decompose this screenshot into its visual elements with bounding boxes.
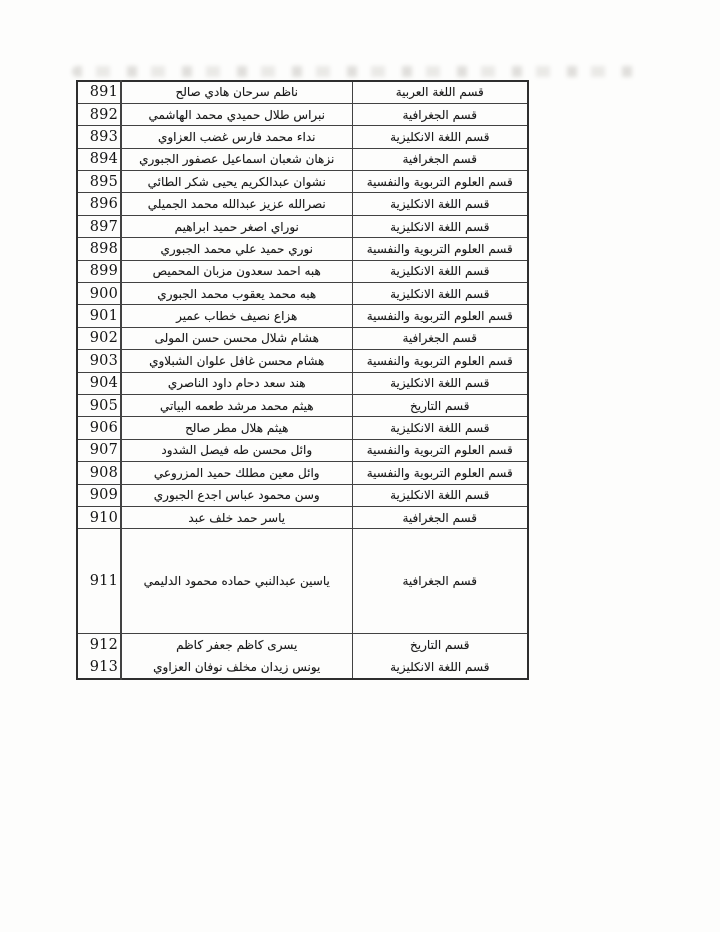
department-cell: قسم اللغة الانكليزية — [352, 126, 528, 148]
row-number-cell: 904 — [77, 372, 121, 394]
name-cell: وسن محمود عباس اجدع الجبوري — [121, 484, 352, 506]
department-cell: قسم العلوم التربوية والنفسية — [352, 238, 528, 260]
department-cell: قسم اللغة الانكليزية — [352, 484, 528, 506]
row-number-cell: 894 — [77, 148, 121, 170]
table-row: 897 نوراي اصغر حميد ابراهيم قسم اللغة ال… — [77, 215, 528, 237]
department-cell: قسم العلوم التربوية والنفسية — [352, 439, 528, 461]
name-cell: ناظم سرحان هادي صالح — [121, 81, 352, 103]
name-cell: وائل معين مطلك حميد المزروعي — [121, 462, 352, 484]
scanned-document-page: 891 ناظم سرحان هادي صالح قسم اللغة العرب… — [0, 0, 720, 932]
row-number-cell: 897 — [77, 215, 121, 237]
table-row: 895 نشوان عبدالكريم يحيى شكر الطائي قسم … — [77, 171, 528, 193]
table-row: 905 هيثم محمد مرشد طعمه البياتي قسم التا… — [77, 394, 528, 416]
row-number-cell: 899 — [77, 260, 121, 282]
row-number-cell: 913 — [77, 656, 121, 678]
name-cell: نبراس طلال حميدي محمد الهاشمي — [121, 103, 352, 125]
department-cell: قسم اللغة الانكليزية — [352, 372, 528, 394]
name-cell: وائل محسن طه فيصل الشدود — [121, 439, 352, 461]
row-number-cell: 909 — [77, 484, 121, 506]
name-cell: هزاع نصيف خطاب عمير — [121, 305, 352, 327]
table-row: 899 هبه احمد سعدون مزبان المحميص قسم الل… — [77, 260, 528, 282]
department-cell: قسم اللغة الانكليزية — [352, 283, 528, 305]
name-cell: هيثم محمد مرشد طعمه البياتي — [121, 394, 352, 416]
department-cell: قسم العلوم التربوية والنفسية — [352, 305, 528, 327]
row-number-cell: 901 — [77, 305, 121, 327]
table-row: 898 نوري حميد علي محمد الجبوري قسم العلو… — [77, 238, 528, 260]
name-cell: هشام شلال محسن حسن المولى — [121, 327, 352, 349]
name-cell: ياسين عبدالنبي حماده محمود الدليمي — [121, 529, 352, 634]
row-number-cell: 896 — [77, 193, 121, 215]
table-row: 911 ياسين عبدالنبي حماده محمود الدليمي ق… — [77, 529, 528, 634]
department-cell: قسم اللغة الانكليزية — [352, 656, 528, 678]
department-cell: قسم الجغرافية — [352, 529, 528, 634]
name-cell: ياسر حمد خلف عبد — [121, 506, 352, 528]
department-cell: قسم التاريخ — [352, 394, 528, 416]
row-number-cell: 912 — [77, 634, 121, 656]
name-cell: هيثم هلال مطر صالح — [121, 417, 352, 439]
table-row: 896 نصرالله عزيز عبدالله محمد الجميلي قس… — [77, 193, 528, 215]
department-cell: قسم العلوم التربوية والنفسية — [352, 462, 528, 484]
name-cell: هبه محمد يعقوب محمد الجبوري — [121, 283, 352, 305]
row-number-cell: 911 — [77, 529, 121, 634]
scan-artifact-noise — [72, 66, 642, 77]
row-number-cell: 906 — [77, 417, 121, 439]
name-cell: نشوان عبدالكريم يحيى شكر الطائي — [121, 171, 352, 193]
row-number-cell: 900 — [77, 283, 121, 305]
row-number-cell: 895 — [77, 171, 121, 193]
table-row: 892 نبراس طلال حميدي محمد الهاشمي قسم ال… — [77, 103, 528, 125]
table-row: 909 وسن محمود عباس اجدع الجبوري قسم اللغ… — [77, 484, 528, 506]
name-cell: يسرى كاظم جعفر كاظم — [121, 634, 352, 656]
staff-roster-rows: 891 ناظم سرحان هادي صالح قسم اللغة العرب… — [77, 81, 528, 679]
table-row: 901 هزاع نصيف خطاب عمير قسم العلوم الترب… — [77, 305, 528, 327]
department-cell: قسم اللغة الانكليزية — [352, 417, 528, 439]
row-number-cell: 893 — [77, 126, 121, 148]
department-cell: قسم الجغرافية — [352, 506, 528, 528]
department-cell: قسم العلوم التربوية والنفسية — [352, 171, 528, 193]
table-row: 902 هشام شلال محسن حسن المولى قسم الجغرا… — [77, 327, 528, 349]
name-cell: نوراي اصغر حميد ابراهيم — [121, 215, 352, 237]
department-cell: قسم العلوم التربوية والنفسية — [352, 350, 528, 372]
department-cell: قسم اللغة الانكليزية — [352, 215, 528, 237]
name-cell: يونس زيدان مخلف نوفان العزاوي — [121, 656, 352, 678]
table-row: 904 هند سعد دحام داود الناصري قسم اللغة … — [77, 372, 528, 394]
table-row: 907 وائل محسن طه فيصل الشدود قسم العلوم … — [77, 439, 528, 461]
table-row: 903 هشام محسن غافل علوان الشبلاوي قسم ال… — [77, 350, 528, 372]
row-number-cell: 910 — [77, 506, 121, 528]
name-cell: نزهان شعبان اسماعيل عصفور الجبوري — [121, 148, 352, 170]
department-cell: قسم الجغرافية — [352, 148, 528, 170]
name-cell: نصرالله عزيز عبدالله محمد الجميلي — [121, 193, 352, 215]
table-row: 910 ياسر حمد خلف عبد قسم الجغرافية — [77, 506, 528, 528]
name-cell: هبه احمد سعدون مزبان المحميص — [121, 260, 352, 282]
department-cell: قسم التاريخ — [352, 634, 528, 656]
row-number-cell: 892 — [77, 103, 121, 125]
department-cell: قسم اللغة الانكليزية — [352, 260, 528, 282]
table-row: 912 يسرى كاظم جعفر كاظم قسم التاريخ — [77, 634, 528, 656]
staff-roster-table: 891 ناظم سرحان هادي صالح قسم اللغة العرب… — [76, 80, 529, 680]
name-cell: هشام محسن غافل علوان الشبلاوي — [121, 350, 352, 372]
name-cell: نوري حميد علي محمد الجبوري — [121, 238, 352, 260]
table-row: 891 ناظم سرحان هادي صالح قسم اللغة العرب… — [77, 81, 528, 103]
table-row: 908 وائل معين مطلك حميد المزروعي قسم الع… — [77, 462, 528, 484]
row-number-cell: 905 — [77, 394, 121, 416]
row-number-cell: 898 — [77, 238, 121, 260]
row-number-cell: 907 — [77, 439, 121, 461]
name-cell: نداء محمد فارس غضب العزاوي — [121, 126, 352, 148]
table-row: 894 نزهان شعبان اسماعيل عصفور الجبوري قس… — [77, 148, 528, 170]
department-cell: قسم الجغرافية — [352, 327, 528, 349]
name-cell: هند سعد دحام داود الناصري — [121, 372, 352, 394]
row-number-cell: 891 — [77, 81, 121, 103]
table-row: 900 هبه محمد يعقوب محمد الجبوري قسم اللغ… — [77, 283, 528, 305]
department-cell: قسم اللغة العربية — [352, 81, 528, 103]
row-number-cell: 903 — [77, 350, 121, 372]
department-cell: قسم اللغة الانكليزية — [352, 193, 528, 215]
department-cell: قسم الجغرافية — [352, 103, 528, 125]
row-number-cell: 908 — [77, 462, 121, 484]
row-number-cell: 902 — [77, 327, 121, 349]
table-row: 906 هيثم هلال مطر صالح قسم اللغة الانكلي… — [77, 417, 528, 439]
table-row: 893 نداء محمد فارس غضب العزاوي قسم اللغة… — [77, 126, 528, 148]
table-row: 913 يونس زيدان مخلف نوفان العزاوي قسم ال… — [77, 656, 528, 678]
